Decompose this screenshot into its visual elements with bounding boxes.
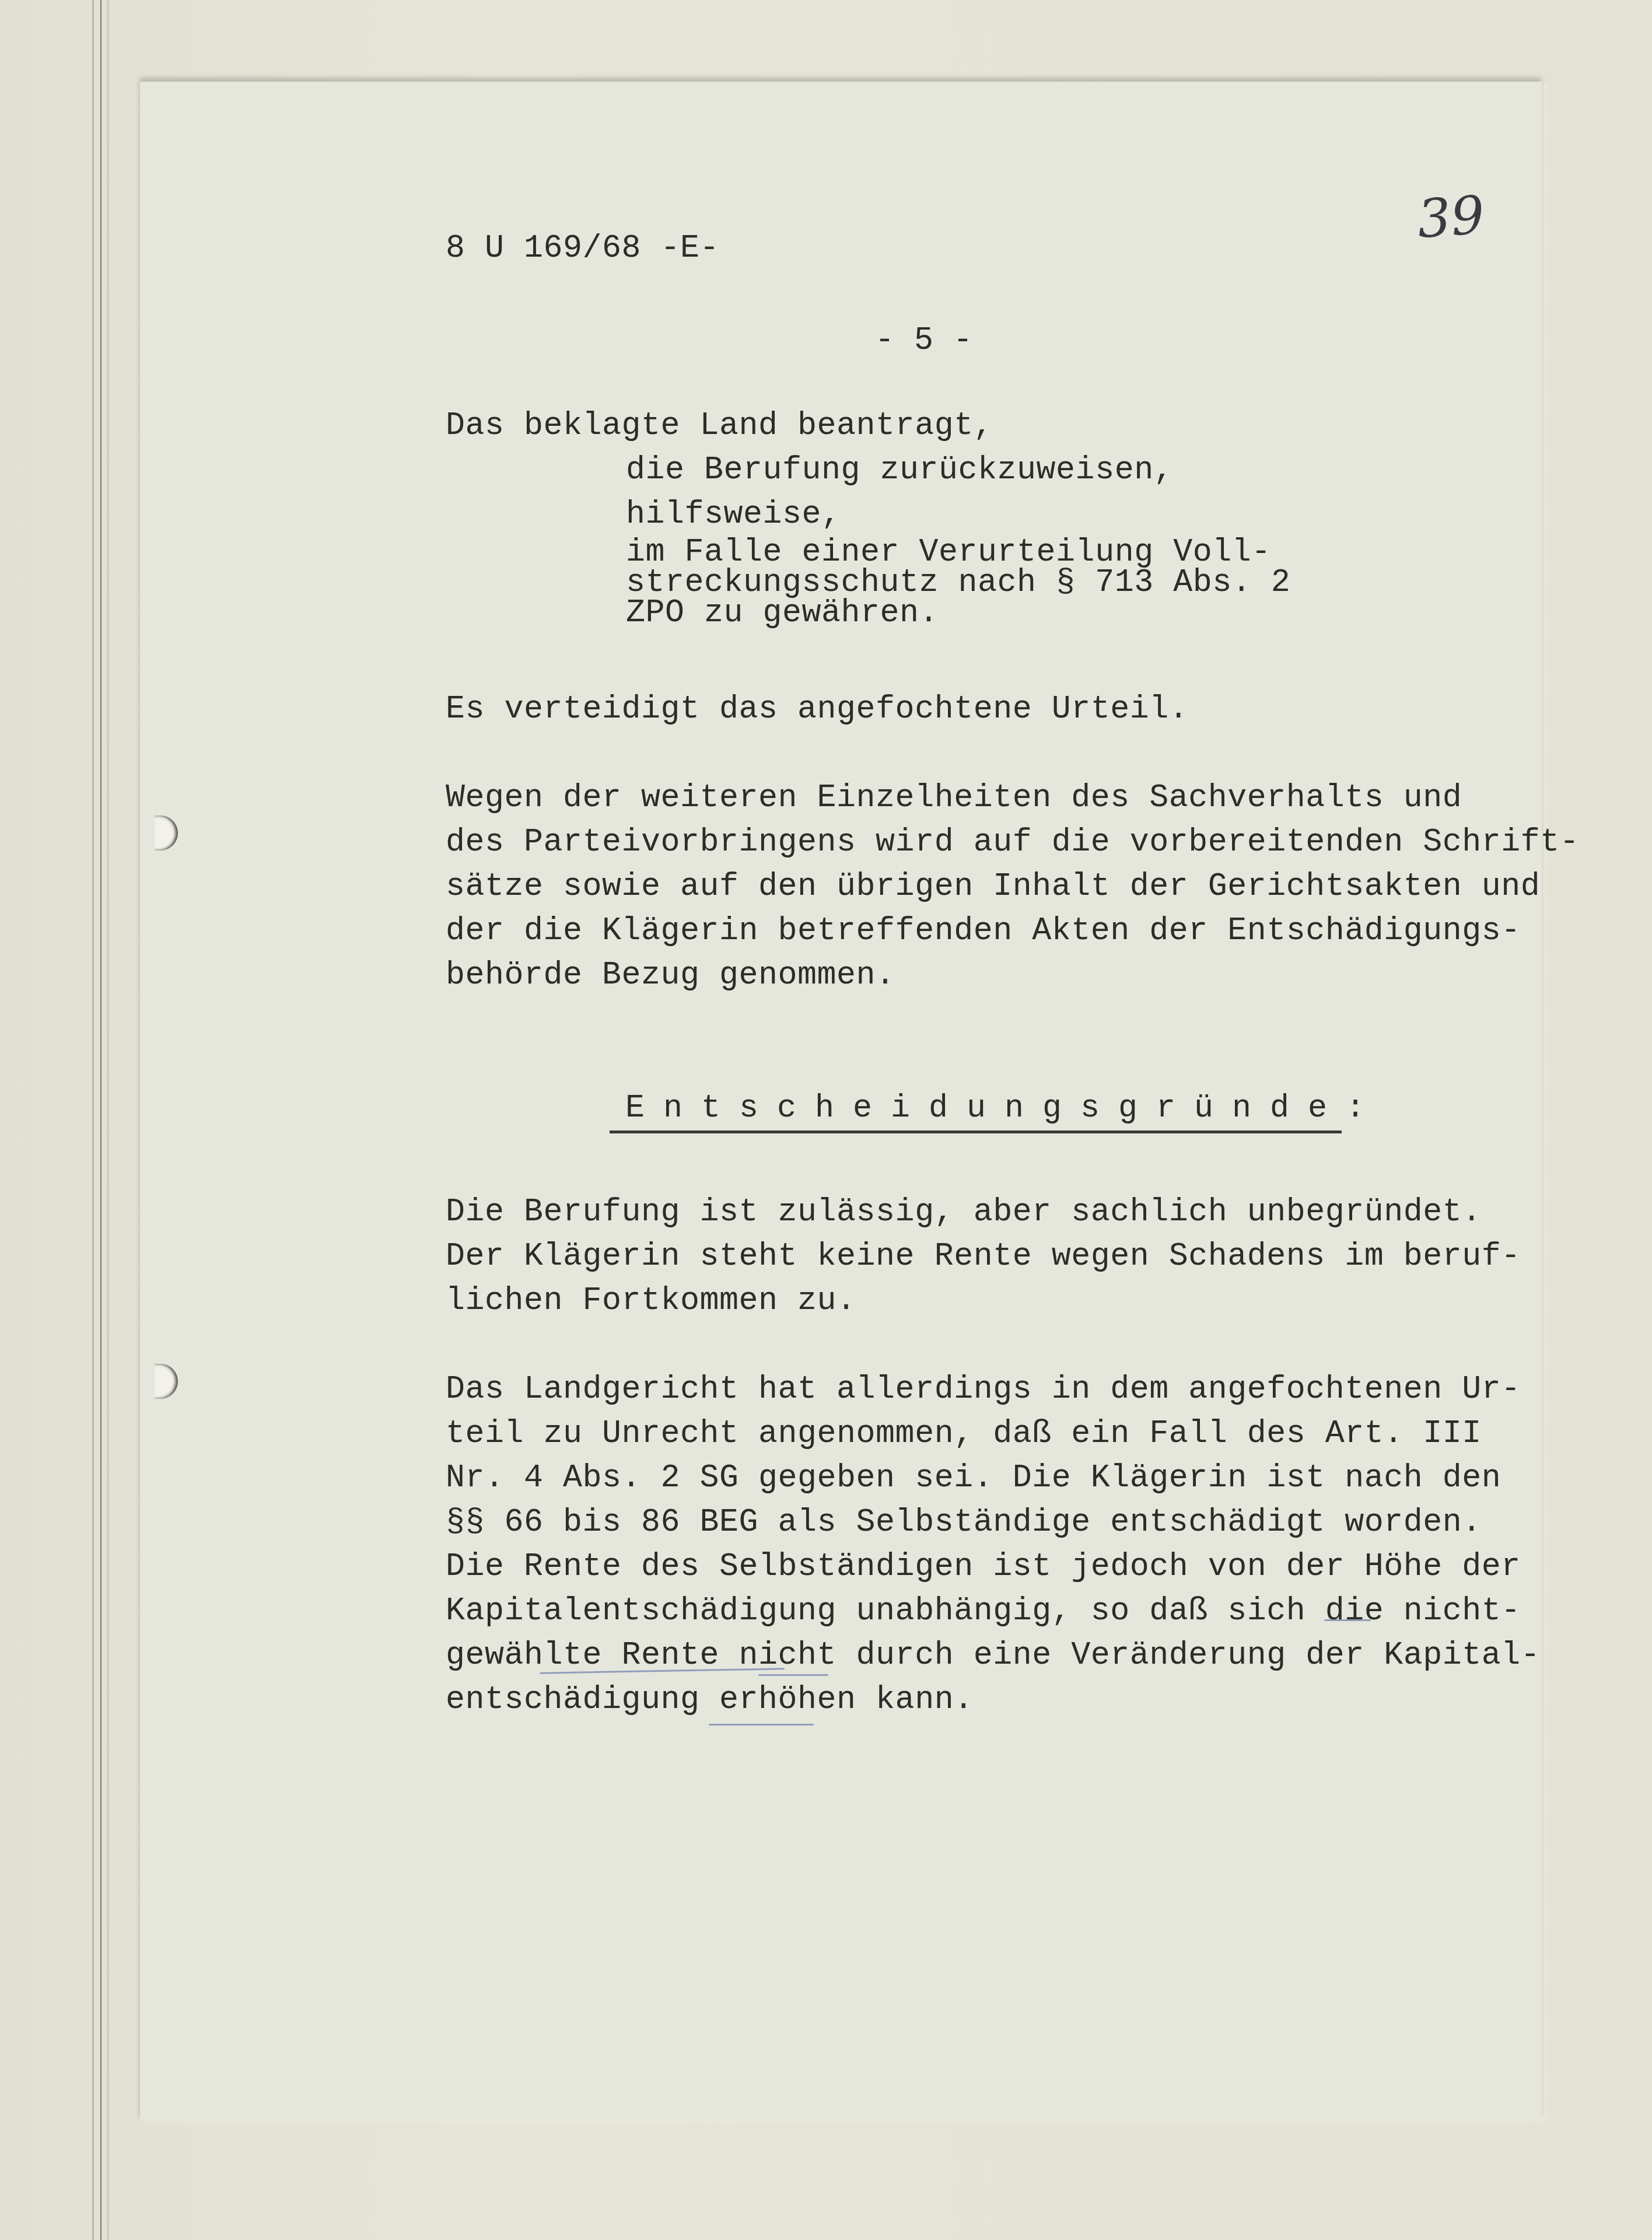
binder-edge xyxy=(92,0,94,2240)
paragraph-line: sätze sowie auf den übrigen Inhalt der G… xyxy=(446,864,1540,909)
motion-subitem-line: streckungsschutz nach § 713 Abs. 2 xyxy=(626,568,1290,598)
paragraph-line: entschädigung erhöhen kann. xyxy=(446,1678,974,1722)
paragraph-line: des Parteivorbringens wird auf die vorbe… xyxy=(446,820,1579,864)
motion-item: hilfsweise, xyxy=(626,492,841,537)
defense-statement: Es verteidigt das angefochtene Urteil. xyxy=(446,687,1188,731)
paragraph-line: Die Berufung ist zulässig, aber sachlich… xyxy=(446,1190,1482,1234)
binder-edge xyxy=(100,0,101,2240)
section-heading: Entscheidungsgründe: xyxy=(625,1086,1384,1130)
pen-underline xyxy=(758,1674,828,1676)
paragraph-line: lichen Fortkommen zu. xyxy=(446,1279,856,1323)
punch-hole xyxy=(155,815,178,850)
paragraph-line: Der Klägerin steht keine Rente wegen Sch… xyxy=(446,1234,1521,1279)
paragraph-line: Nr. 4 Abs. 2 SG gegeben sei. Die Klägeri… xyxy=(446,1456,1501,1500)
motion-item: die Berufung zurückzuweisen, xyxy=(626,448,1173,492)
page-number: - 5 - xyxy=(875,318,973,363)
case-reference: 8 U 169/68 -E- xyxy=(446,226,719,271)
paragraph-line: behörde Bezug genommen. xyxy=(446,953,895,998)
paragraph-line: teil zu Unrecht angenommen, daß ein Fall… xyxy=(446,1412,1482,1456)
heading-underline xyxy=(610,1130,1342,1133)
paragraph-line: Das Landgericht hat allerdings in dem an… xyxy=(446,1367,1521,1412)
motion-subitem-line: ZPO zu gewähren. xyxy=(626,598,939,628)
paragraph-line: Kapitalentschädigung unabhängig, so daß … xyxy=(446,1589,1521,1633)
binder-edge xyxy=(107,0,109,2240)
pen-underline xyxy=(709,1724,814,1725)
motion-intro: Das beklagte Land beantragt, xyxy=(446,404,993,448)
paragraph-line: der die Klägerin betreffenden Akten der … xyxy=(446,909,1521,953)
paragraph-line: Die Rente des Selbständigen ist jedoch v… xyxy=(446,1545,1521,1589)
paragraph-line: Wegen der weiteren Einzelheiten des Sach… xyxy=(446,776,1462,820)
pen-underline xyxy=(1324,1619,1371,1621)
paragraph-line: §§ 66 bis 86 BEG als Selbständige entsch… xyxy=(446,1500,1482,1545)
folio-number: 39 xyxy=(1415,184,1486,250)
punch-hole xyxy=(155,1364,178,1399)
motion-subitem-line: im Falle einer Verurteilung Voll- xyxy=(626,537,1271,568)
